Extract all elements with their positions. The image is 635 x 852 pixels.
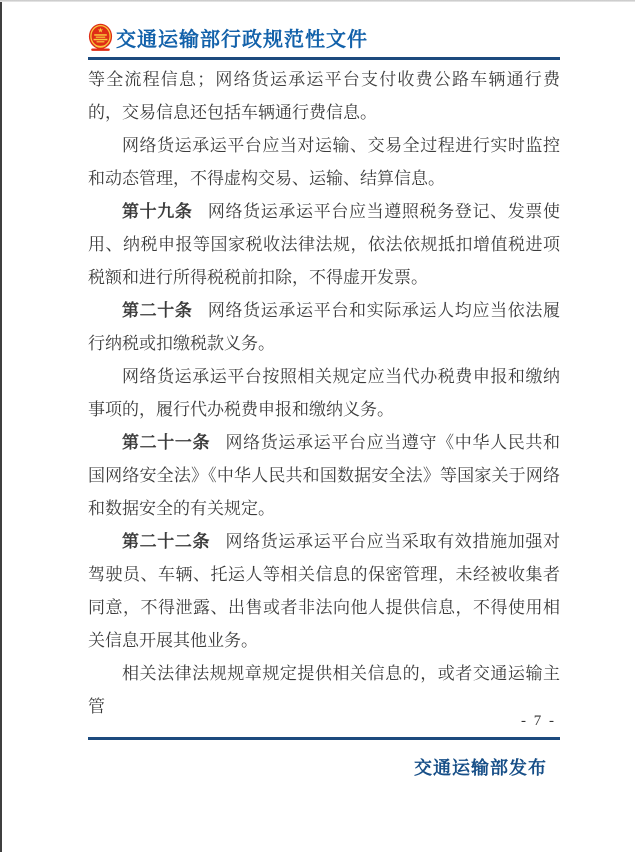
article-number: 第二十二条 <box>122 532 210 551</box>
paragraph-text: 网络货运承运平台按照相关规定应当代办税费申报和缴纳事项的，履行代办税费申报和缴纳… <box>88 367 560 419</box>
national-emblem-icon <box>88 23 113 52</box>
paragraph: 第十九条网络货运承运平台应当遵照税务登记、发票使用、纳税申报等国家税收法律法规，… <box>88 195 560 294</box>
header-brand: 交通运输部行政规范性文件 <box>88 20 560 54</box>
page-top-edge <box>0 0 635 2</box>
page-left-edge <box>0 2 2 852</box>
publisher-label: 交通运输部发布 <box>88 754 560 780</box>
paragraph-text: 网络货运承运平台应当对运输、交易全过程进行实时监控和动态管理，不得虚构交易、运输… <box>88 136 560 188</box>
paragraph: 等全流程信息；网络货运承运平台支付收费公路车辆通行费的，交易信息还包括车辆通行费… <box>88 63 560 129</box>
paragraph: 第二十条网络货运承运平台和实际承运人均应当依法履行纳税或扣缴税款义务。 <box>88 294 560 360</box>
paragraph: 第二十一条网络货运承运平台应当遵守《中华人民共和国网络安全法》《中华人民共和国数… <box>88 426 560 525</box>
paragraph: 网络货运承运平台按照相关规定应当代办税费申报和缴纳事项的，履行代办税费申报和缴纳… <box>88 360 560 426</box>
paragraph: 第二十二条网络货运承运平台应当采取有效措施加强对驾驶员、车辆、托运人等相关信息的… <box>88 525 560 657</box>
paragraph-text: 等全流程信息；网络货运承运平台支付收费公路车辆通行费的，交易信息还包括车辆通行费… <box>88 70 560 122</box>
document-footer: - 7 - 交通运输部发布 <box>88 708 560 780</box>
article-number: 第二十一条 <box>122 433 210 452</box>
footer-divider-line <box>88 737 560 740</box>
paragraph: 网络货运承运平台应当对运输、交易全过程进行实时监控和动态管理，不得虚构交易、运输… <box>88 129 560 195</box>
document-body: 等全流程信息；网络货运承运平台支付收费公路车辆通行费的，交易信息还包括车辆通行费… <box>88 63 560 723</box>
article-number: 第二十条 <box>122 301 193 320</box>
article-number: 第十九条 <box>122 202 193 221</box>
header-divider-line <box>88 57 560 60</box>
document-header: 交通运输部行政规范性文件 <box>88 20 560 60</box>
document-page: 交通运输部行政规范性文件 等全流程信息；网络货运承运平台支付收费公路车辆通行费的… <box>0 0 635 852</box>
page-number: - 7 - <box>88 708 560 734</box>
document-type-title: 交通运输部行政规范性文件 <box>116 23 368 52</box>
